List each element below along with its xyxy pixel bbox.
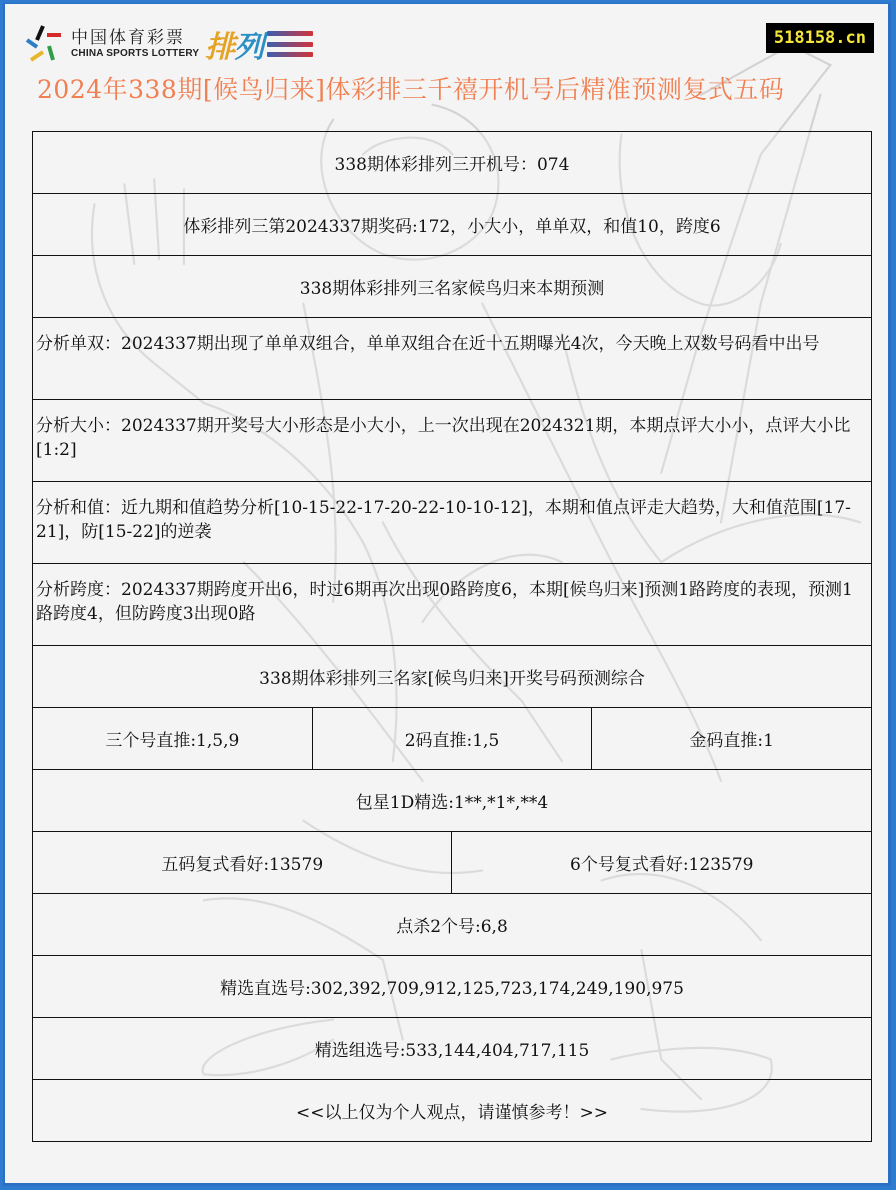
- table-row: 点杀2个号:6,8: [33, 894, 872, 956]
- brand-char-2: 列: [234, 22, 263, 66]
- last-draw-cell: 体彩排列三第2024337期奖码:172，小大小，单单双，和值10，跨度6: [33, 194, 872, 256]
- table-row: 分析大小：2024337期开奖号大小形态是小大小，上一次出现在2024321期，…: [33, 400, 872, 482]
- table-row: 338期体彩排列三开机号：074: [33, 132, 872, 194]
- brand-three-bars-icon: [267, 31, 313, 57]
- header: 中国体育彩票 CHINA SPORTS LOTTERY 排 列 518158.c…: [5, 4, 888, 129]
- six-code-cell: 6个号复式看好:123579: [452, 832, 872, 894]
- five-code-cell: 五码复式看好:13579: [33, 832, 452, 894]
- analysis-sum-cell: 分析和值：近九期和值趋势分析[10-15-22-17-20-22-10-10-1…: [33, 482, 872, 564]
- disclaimer-cell: <<以上仅为个人观点，请谨慎参考！>>: [33, 1080, 872, 1142]
- table-row: 精选直选号:302,392,709,912,125,723,174,249,19…: [33, 956, 872, 1018]
- summary-heading-cell: 338期体彩排列三名家[候鸟归来]开奖号码预测综合: [33, 646, 872, 708]
- three-direct-cell: 三个号直推:1,5,9: [33, 708, 313, 770]
- table-row: 338期体彩排列三名家候鸟归来本期预测: [33, 256, 872, 318]
- open-number-cell: 338期体彩排列三开机号：074: [33, 132, 872, 194]
- prediction-table: 338期体彩排列三开机号：074 体彩排列三第2024337期奖码:172，小大…: [32, 131, 872, 1142]
- page-title: 2024年338期[候鸟归来]体彩排三千禧开机号后精准预测复式五码: [37, 70, 784, 106]
- table-row: <<以上仅为个人观点，请谨慎参考！>>: [33, 1080, 872, 1142]
- pailie-san-brand: 排 列: [205, 22, 313, 66]
- lottery-star-logo-icon: [23, 22, 67, 66]
- table-row: 338期体彩排列三名家[候鸟归来]开奖号码预测综合: [33, 646, 872, 708]
- table-row: 分析跨度：2024337期跨度开出6，时过6期再次出现0路跨度6，本期[候鸟归来…: [33, 564, 872, 646]
- analysis-span-cell: 分析跨度：2024337期跨度开出6，时过6期再次出现0路跨度6，本期[候鸟归来…: [33, 564, 872, 646]
- table-row: 分析单双：2024337期出现了单单双组合，单单双组合在近十五期曝光4次，今天晚…: [33, 318, 872, 400]
- table-row: 包星1D精选:1**,*1*,**4: [33, 770, 872, 832]
- page-frame: 中国体育彩票 CHINA SPORTS LOTTERY 排 列 518158.c…: [3, 3, 891, 1186]
- table-row: 精选组选号:533,144,404,717,115: [33, 1018, 872, 1080]
- table-row: 五码复式看好:13579 6个号复式看好:123579: [33, 832, 872, 894]
- expert-heading-cell: 338期体彩排列三名家候鸟归来本期预测: [33, 256, 872, 318]
- site-domain-badge[interactable]: 518158.cn: [766, 23, 874, 53]
- logo-chinese-text: 中国体育彩票: [71, 28, 199, 48]
- group-picks-cell: 精选组选号:533,144,404,717,115: [33, 1018, 872, 1080]
- analysis-odd-even-cell: 分析单双：2024337期出现了单单双组合，单单双组合在近十五期曝光4次，今天晚…: [33, 318, 872, 400]
- table-row: 三个号直推:1,5,9 2码直推:1,5 金码直推:1: [33, 708, 872, 770]
- china-sports-lottery-logo[interactable]: 中国体育彩票 CHINA SPORTS LOTTERY 排 列: [23, 22, 313, 66]
- gold-direct-cell: 金码直推:1: [592, 708, 872, 770]
- position-1d-cell: 包星1D精选:1**,*1*,**4: [33, 770, 872, 832]
- two-direct-cell: 2码直推:1,5: [312, 708, 592, 770]
- analysis-big-small-cell: 分析大小：2024337期开奖号大小形态是小大小，上一次出现在2024321期，…: [33, 400, 872, 482]
- table-row: 分析和值：近九期和值趋势分析[10-15-22-17-20-22-10-10-1…: [33, 482, 872, 564]
- brand-char-1: 排: [205, 22, 234, 66]
- direct-picks-cell: 精选直选号:302,392,709,912,125,723,174,249,19…: [33, 956, 872, 1018]
- table-row: 体彩排列三第2024337期奖码:172，小大小，单单双，和值10，跨度6: [33, 194, 872, 256]
- kill-two-cell: 点杀2个号:6,8: [33, 894, 872, 956]
- logo-english-text: CHINA SPORTS LOTTERY: [71, 48, 199, 60]
